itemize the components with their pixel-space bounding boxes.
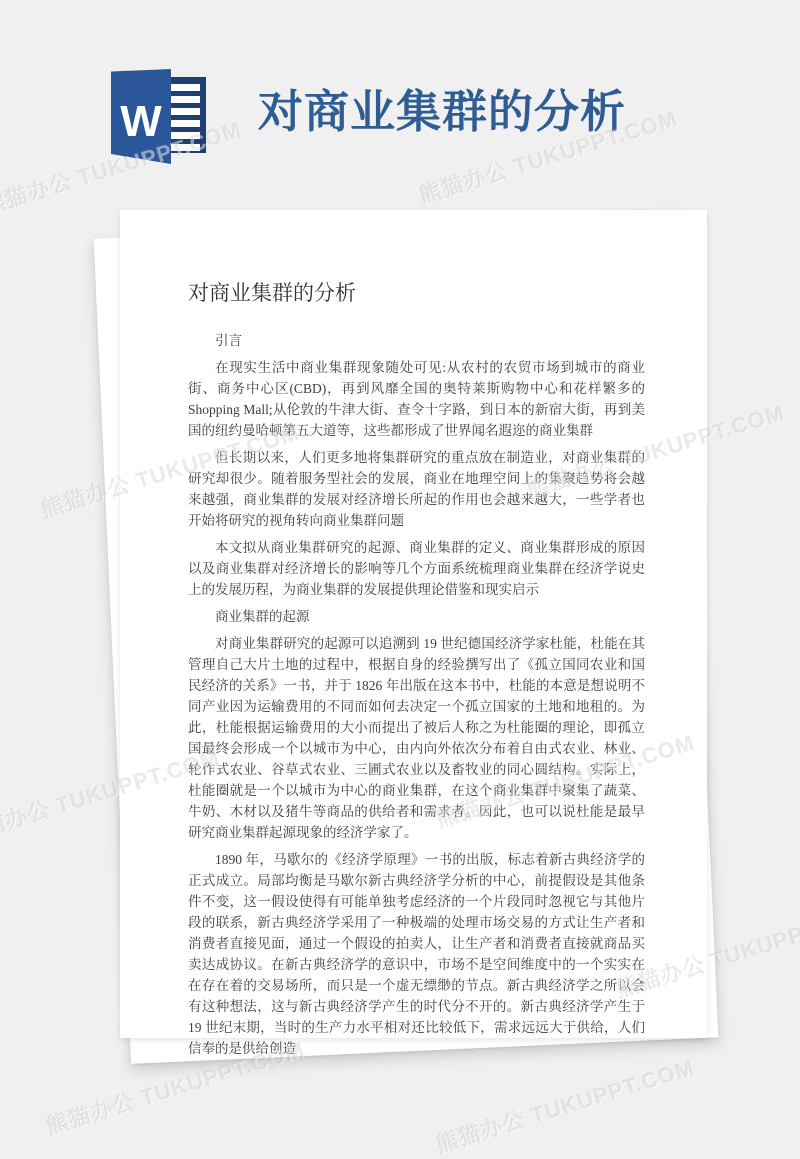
paragraph: 对商业集群研究的起源可以追溯到 19 世纪德国经济学家杜能，杜能在其管理自己大片… [188, 633, 645, 843]
section-heading-intro: 引言 [188, 330, 645, 351]
word-icon: W [108, 64, 212, 174]
section-heading-origin: 商业集群的起源 [188, 606, 645, 627]
document-front-page: 对商业集群的分析 引言 在现实生活中商业集群现象随处可见:从农村的农贸市场到城市… [120, 210, 707, 1038]
paragraph: 在现实生活中商业集群现象随处可见:从农村的农贸市场到城市的商业街、商务中心区(C… [188, 357, 645, 441]
paragraph: 本文拟从商业集群研究的起源、商业集群的定义、商业集群形成的原因以及商业集群对经济… [188, 537, 645, 600]
paragraph: 但长期以来，人们更多地将集群研究的重点放在制造业，对商业集群的研究却很少。随着服… [188, 447, 645, 531]
watermark: 熊猫办公 TUKUPPT.COM [432, 1051, 698, 1130]
page-background: W 对商业集群的分析 对商业集群的分析 引言 在现实生活中商业集群现象随处可见:… [0, 0, 800, 1130]
paragraph: 1890 年，马歇尔的《经济学原理》一书的出版，标志着新古典经济学的正式成立。局… [188, 849, 645, 1059]
word-w-letter: W [120, 97, 162, 146]
document-title: 对商业集群的分析 [188, 280, 645, 306]
page-title: 对商业集群的分析 [258, 88, 626, 136]
